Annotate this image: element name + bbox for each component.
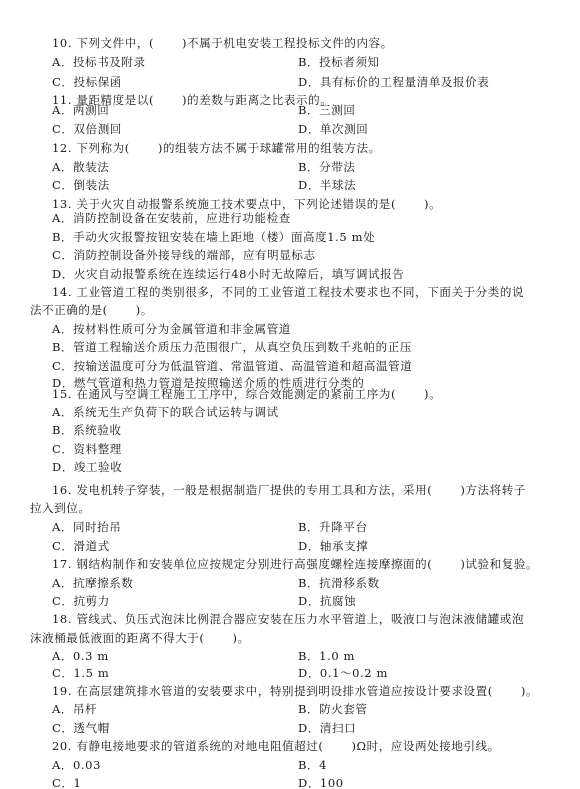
question-text-after: )。 xyxy=(233,631,250,645)
question-text-after: )。 xyxy=(136,303,153,317)
question-number: 12. xyxy=(52,141,72,155)
question-text: 有静电接地要求的管道系统的对地电阻值超过( xyxy=(76,739,323,753)
option-b: B．管道工程输送介质压力范围很广，从真空负压到数千兆帕的正压 xyxy=(52,340,412,354)
option-b: B．防火套管 xyxy=(298,702,368,716)
option-a: A．消防控制设备在安装前，应进行功能检查 xyxy=(52,211,291,225)
question-text-after: )。 xyxy=(521,684,538,698)
question-text: 沫液桶最低液面的距离不得大于( xyxy=(30,631,205,645)
option-b: B．抗滑移系数 xyxy=(298,576,380,590)
question-text: 在高层建筑排水管道的安装要求中，特别提到明设排水管道应按设计要求设置( xyxy=(76,684,492,698)
option-b: B．三测回 xyxy=(298,103,355,117)
question-text: 钢结构制作和安装单位应按规定分别进行高强度螺栓连接摩擦面的( xyxy=(76,557,432,571)
option-a: A．抗摩擦系数 xyxy=(52,576,134,590)
question-14-stem-cont: 法不正确的是()。 xyxy=(30,303,153,317)
option-c: C．资料整理 xyxy=(52,442,122,456)
question-text: 在通风与空调工程施工工序中，综合效能测定的紧前工序为( xyxy=(76,387,396,401)
option-a: A．吊杆 xyxy=(52,702,97,716)
option-c: C．1 xyxy=(52,776,81,789)
question-text: 下列称为( xyxy=(76,141,130,155)
option-b: B．升降平台 xyxy=(298,520,368,534)
question-14-stem: 14. 工业管道工程的类别很多，不同的工业管道工程技术要求也不同，下面关于分类的… xyxy=(52,285,524,299)
question-text-after: )试验和复验。 xyxy=(460,557,538,571)
question-19-stem: 19. 在高层建筑排水管道的安装要求中，特别提到明设排水管道应按设计要求设置()… xyxy=(52,684,538,698)
question-12-stem: 12. 下列称为()的组装方法不属于球罐常用的组装方法。 xyxy=(52,141,381,155)
option-d: D．清扫口 xyxy=(298,721,356,735)
question-text: 工业管道工程的类别很多，不同的工业管道工程技术要求也不同，下面关于分类的说 xyxy=(76,285,524,299)
option-d: D．半球法 xyxy=(298,178,356,192)
question-text-after: )。 xyxy=(424,197,441,211)
option-a: A．0.3 m xyxy=(52,649,109,663)
question-13-stem: 13. 关于火灾自动报警系统施工技术要点中，下列论述错误的是()。 xyxy=(52,197,441,211)
option-b: B．1.0 m xyxy=(298,649,355,663)
option-c: C．倒装法 xyxy=(52,178,110,192)
option-c: C．1.5 m xyxy=(52,666,109,680)
question-text: 发电机转子穿装，一般是根据制造厂提供的专用工具和方法，采用( xyxy=(76,483,432,497)
question-16-stem-cont: 拉入到位。 xyxy=(30,501,91,515)
option-b: B．手动火灾报警按钮安装在墙上距地（楼）面高度1.5 m处 xyxy=(52,230,375,244)
question-text-after: )不属于机电安装工程投标文件的内容。 xyxy=(182,36,393,50)
question-17-stem: 17. 钢结构制作和安装单位应按规定分别进行高强度螺栓连接摩擦面的()试验和复验… xyxy=(52,557,538,571)
question-10-stem: 10. 下列文件中，()不属于机电安装工程投标文件的内容。 xyxy=(52,36,393,50)
question-text: 下列文件中，( xyxy=(76,36,154,50)
question-15-stem: 15. 在通风与空调工程施工工序中，综合效能测定的紧前工序为()。 xyxy=(52,387,441,401)
question-text-after: )Ω时，应设两处接地引线。 xyxy=(351,739,499,753)
option-d: D．轴承支撑 xyxy=(298,539,368,553)
option-d: D．0.1～0.2 m xyxy=(298,666,388,680)
question-16-stem: 16. 发电机转子穿装，一般是根据制造厂提供的专用工具和方法，采用()方法将转子 xyxy=(52,483,526,497)
option-d: D．具有标价的工程量清单及报价表 xyxy=(298,75,489,89)
exam-page: 10. 下列文件中，()不属于机电安装工程投标文件的内容。 A．投标书及附录 B… xyxy=(0,0,580,789)
option-c: C．抗剪力 xyxy=(52,594,110,608)
option-b: B．4 xyxy=(298,758,327,772)
question-number: 16. xyxy=(52,483,72,497)
option-d: D．100 xyxy=(298,776,344,789)
question-18-stem: 18. 管线式、负压式泡沫比例混合器应安装在压力水平管道上，吸液口与泡沫液储罐或… xyxy=(52,612,524,626)
question-number: 17. xyxy=(52,557,72,571)
question-text-after: )方法将转子 xyxy=(460,483,526,497)
option-a: A．两测回 xyxy=(52,103,109,117)
option-b: B．分带法 xyxy=(298,160,355,174)
question-number: 10. xyxy=(52,36,72,50)
option-d: D．抗腐蚀 xyxy=(298,594,356,608)
question-18-stem-cont: 沫液桶最低液面的距离不得大于()。 xyxy=(30,631,250,645)
option-c: C．滑道式 xyxy=(52,539,110,553)
question-text-after: )。 xyxy=(424,387,441,401)
option-a: A．0.03 xyxy=(52,758,101,772)
option-c: C．投标保函 xyxy=(52,75,122,89)
question-text: 法不正确的是( xyxy=(30,303,108,317)
question-text: 关于火灾自动报警系统施工技术要点中，下列论述错误的是( xyxy=(76,197,396,211)
option-a: A．散装法 xyxy=(52,160,109,174)
question-text-after: )的组装方法不属于球罐常用的组装方法。 xyxy=(158,141,381,155)
question-number: 20. xyxy=(52,739,72,753)
option-a: A．按材料性质可分为金属管道和非金属管道 xyxy=(52,322,291,336)
option-a: A．系统无生产负荷下的联合试运转与调试 xyxy=(52,405,279,419)
option-c: C．消防控制设备外接导线的端部，应有明显标志 xyxy=(52,248,316,262)
question-number: 15. xyxy=(52,387,72,401)
question-number: 14. xyxy=(52,285,72,299)
question-number: 13. xyxy=(52,197,72,211)
question-number: 18. xyxy=(52,612,72,626)
question-number: 19. xyxy=(52,684,72,698)
option-b: B．系统验收 xyxy=(52,423,122,437)
option-b: B．投标者须知 xyxy=(298,55,380,69)
question-20-stem: 20. 有静电接地要求的管道系统的对地电阻值超过()Ω时，应设两处接地引线。 xyxy=(52,739,500,753)
question-text: 管线式、负压式泡沫比例混合器应安装在压力水平管道上，吸液口与泡沫液储罐或泡 xyxy=(76,612,524,626)
option-d: D．单次测回 xyxy=(298,122,368,136)
option-d: D．火灾自动报警系统在连续运行48小时无故障后，填写调试报告 xyxy=(52,267,404,281)
option-c: C．按输送温度可分为低温管道、常温管道、高温管道和超高温管道 xyxy=(52,359,412,373)
option-d: D．竣工验收 xyxy=(52,460,122,474)
option-a: A．同时抬吊 xyxy=(52,520,121,534)
option-c: C．双倍测回 xyxy=(52,122,122,136)
option-c: C．透气帽 xyxy=(52,721,110,735)
option-a: A．投标书及附录 xyxy=(52,55,146,69)
